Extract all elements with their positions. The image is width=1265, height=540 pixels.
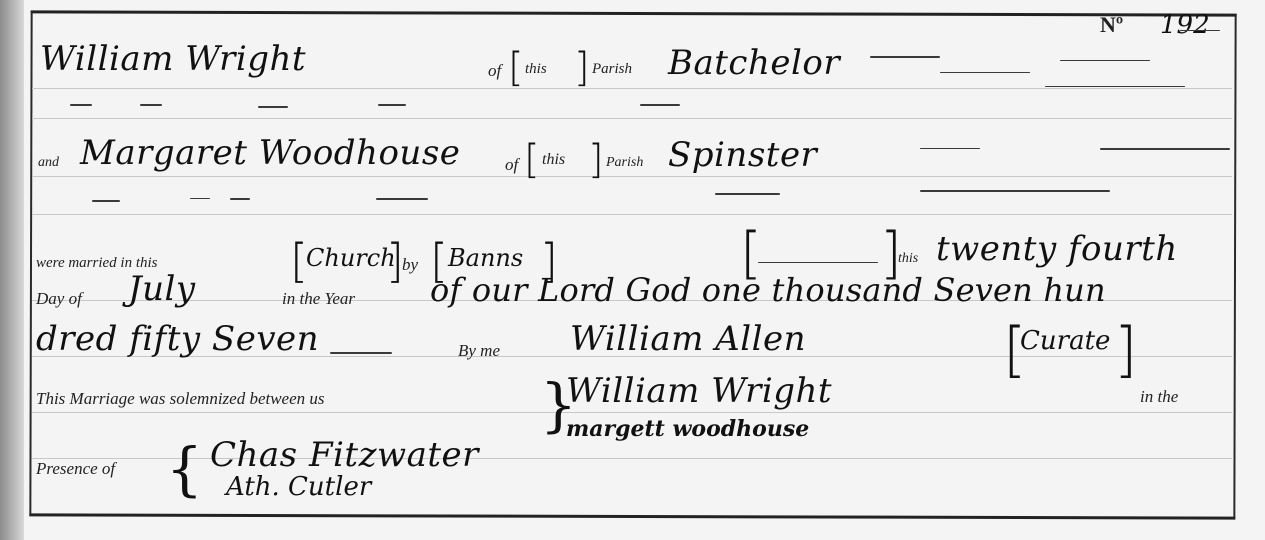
- bride-status: Spinster: [668, 138, 817, 172]
- filler-dash: [870, 56, 940, 58]
- bride-name: Margaret Woodhouse: [80, 136, 460, 170]
- filler-dash: [940, 72, 1030, 73]
- ceremony-day: twenty fourth: [936, 232, 1178, 266]
- filler-dash: [190, 198, 210, 199]
- witness-name: Chas Fitzwater: [210, 438, 479, 472]
- groom-name: William Wright: [40, 42, 306, 76]
- ceremony-method: Banns: [448, 246, 523, 270]
- bracket-close: ]: [588, 140, 604, 180]
- witness-name: Ath. Cutler: [226, 474, 371, 500]
- groom-of-label: of: [488, 62, 501, 79]
- filler-dash: [920, 148, 980, 149]
- ruled-line: [32, 412, 1232, 413]
- filler-dash: [70, 104, 92, 106]
- bride-signature: margett woodhouse: [566, 418, 809, 440]
- filler-dash: [715, 193, 780, 195]
- filler-dash: [1045, 86, 1185, 87]
- groom-signature: William Wright: [566, 374, 832, 408]
- groom-status: Batchelor: [668, 46, 840, 80]
- ceremony-by-label: by: [402, 256, 418, 273]
- filler-dash: [1060, 60, 1150, 61]
- filler-dash: [92, 200, 120, 202]
- groom-parish-fill: this: [525, 62, 547, 77]
- filler-dash: [258, 106, 288, 108]
- groom-parish-label: Parish: [592, 62, 632, 77]
- filler-dash: [640, 104, 680, 106]
- bracket-open: [: [508, 48, 524, 88]
- ceremony-place: Church: [306, 246, 396, 270]
- filler-dash: [920, 190, 1110, 192]
- ceremony-month: July: [128, 272, 196, 306]
- presence-of-label: Presence of: [36, 460, 115, 477]
- ceremony-this-label: this: [898, 252, 918, 266]
- filler-dash: [1100, 148, 1230, 150]
- brace-icon: {: [166, 440, 203, 498]
- blank-field-line: [758, 262, 878, 263]
- officiant-title: Curate: [1020, 328, 1110, 354]
- in-the-label: in the: [1140, 388, 1178, 405]
- bride-and-label: and: [38, 156, 59, 170]
- year-words-line1: of our Lord God one thousand Seven hun: [430, 274, 1106, 306]
- day-of-label: Day of: [36, 290, 82, 307]
- bride-parish-label: Parish: [606, 156, 643, 170]
- by-me-label: By me: [458, 342, 500, 359]
- year-words-line2: dred fifty Seven: [36, 322, 319, 356]
- solemnized-label: This Marriage was solemnized between us: [36, 390, 325, 407]
- filler-dash: [230, 198, 250, 200]
- ruled-line: [32, 214, 1232, 215]
- bracket-close: ]: [574, 48, 590, 88]
- bracket-open: [: [524, 140, 540, 180]
- bride-parish-fill: this: [542, 152, 565, 168]
- filler-dash: [140, 104, 162, 106]
- officiant-name: William Allen: [570, 322, 806, 356]
- filler-dash: [376, 198, 428, 200]
- book-binding-shadow: [0, 0, 24, 540]
- bride-of-label: of: [505, 156, 518, 173]
- entry-number: 192: [1160, 12, 1210, 38]
- filler-dash: [330, 352, 392, 354]
- ruled-line: [32, 176, 1232, 177]
- bracket-close: ]: [1114, 320, 1137, 380]
- year-label: in the Year: [282, 290, 355, 307]
- filler-dash: [378, 104, 406, 106]
- ruled-line: [32, 118, 1232, 119]
- entry-number-label: Nº: [1100, 14, 1123, 36]
- ruled-line: [32, 88, 1232, 89]
- filler-dash: [1180, 30, 1220, 31]
